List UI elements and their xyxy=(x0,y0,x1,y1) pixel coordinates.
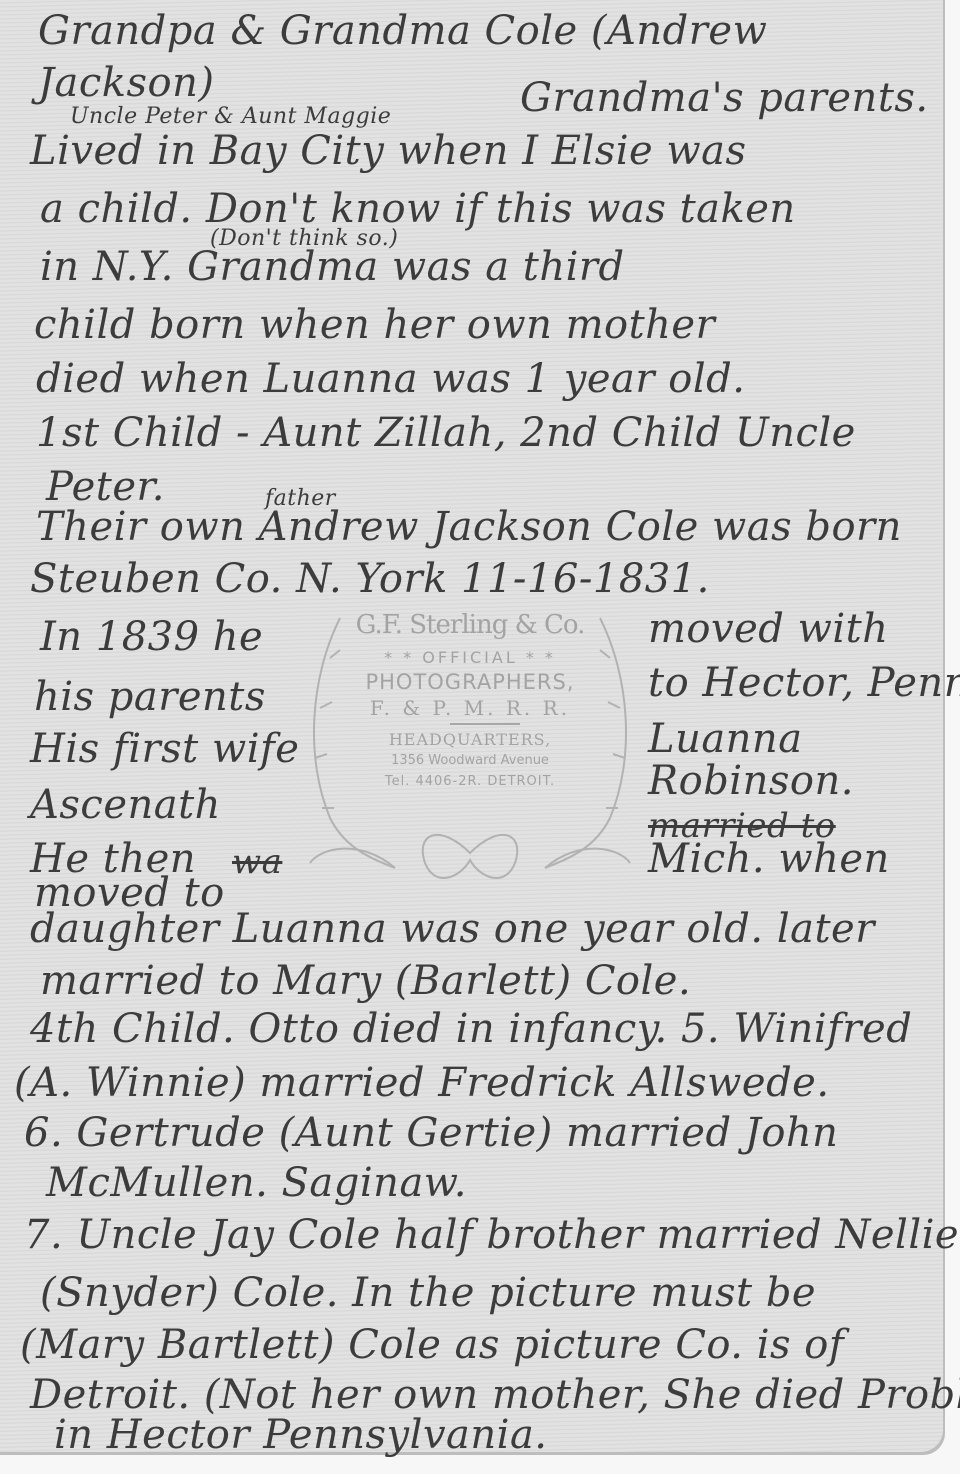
note-line: 6. Gertrude (Aunt Gertie) married John xyxy=(24,1110,838,1156)
note-line: (Mary Bartlett) Cole as picture Co. is o… xyxy=(20,1322,844,1368)
note-left-column: his parents xyxy=(34,674,266,720)
note-line: (A. Winnie) married Fredrick Allswede. xyxy=(14,1060,830,1106)
note-right-column: to Hector, Penn., xyxy=(648,660,960,706)
note-line: Jackson) xyxy=(38,60,215,106)
stamp-official: * * OFFICIAL * * xyxy=(300,648,640,667)
note-left-column: His first wife xyxy=(30,726,299,772)
note-line: (Snyder) Cole. In the picture must be xyxy=(40,1270,816,1316)
note-right-column: Luanna xyxy=(648,716,803,762)
note-line: 7. Uncle Jay Cole half brother married N… xyxy=(24,1212,959,1258)
note-line: Steuben Co. N. York 11-16-1831. xyxy=(30,556,710,602)
stamp-studio-name: G.F. Sterling & Co. xyxy=(300,610,640,640)
note-left-column: Ascenath xyxy=(30,782,221,828)
photo-card-back: G.F. Sterling & Co. * * OFFICIAL * * PHO… xyxy=(0,0,945,1455)
stamp-railroad: F. & P. M. R. R. xyxy=(300,696,640,720)
stamp-telephone: Tel. 4406-2R. DETROIT. xyxy=(300,774,640,789)
stamp-photographers: PHOTOGRAPHERS, xyxy=(300,670,640,694)
note-line: Grandma's parents. xyxy=(520,75,929,121)
note-line: married to Mary (Barlett) Cole. xyxy=(40,958,691,1004)
note-line: Lived in Bay City when I Elsie was xyxy=(30,128,747,174)
note-right-column: moved with xyxy=(648,606,888,652)
note-line: child born when her own mother xyxy=(34,302,715,348)
note-line: Grandpa & Grandma Cole (Andrew xyxy=(38,8,767,54)
note-line: McMullen. Saginaw. xyxy=(46,1160,467,1206)
note-insert: Uncle Peter & Aunt Maggie xyxy=(70,104,391,129)
note-line: Their own Andrew Jackson Cole was born xyxy=(36,504,902,550)
note-line: 4th Child. Otto died in infancy. 5. Wini… xyxy=(30,1006,912,1052)
note-line: in N.Y. Grandma was a third xyxy=(40,244,625,290)
note-right-column: Robinson. xyxy=(648,758,854,804)
note-right-column: Mich. when xyxy=(648,836,890,882)
photographer-stamp: G.F. Sterling & Co. * * OFFICIAL * * PHO… xyxy=(300,598,640,898)
note-line: daughter Luanna was one year old. later xyxy=(30,906,875,952)
note-line: in Hector Pennsylvania. xyxy=(54,1412,548,1458)
note-line: a child. Don't know if this was taken xyxy=(40,186,796,232)
stamp-divider xyxy=(450,723,520,725)
note-line: died when Luanna was 1 year old. xyxy=(36,356,745,402)
struck-word: wa xyxy=(232,842,282,882)
stamp-headquarters: HEADQUARTERS, xyxy=(300,730,640,749)
note-left-column: In 1839 he xyxy=(40,614,263,660)
stamp-address: 1356 Woodward Avenue xyxy=(300,753,640,768)
note-line: 1st Child - Aunt Zillah, 2nd Child Uncle xyxy=(36,410,856,456)
